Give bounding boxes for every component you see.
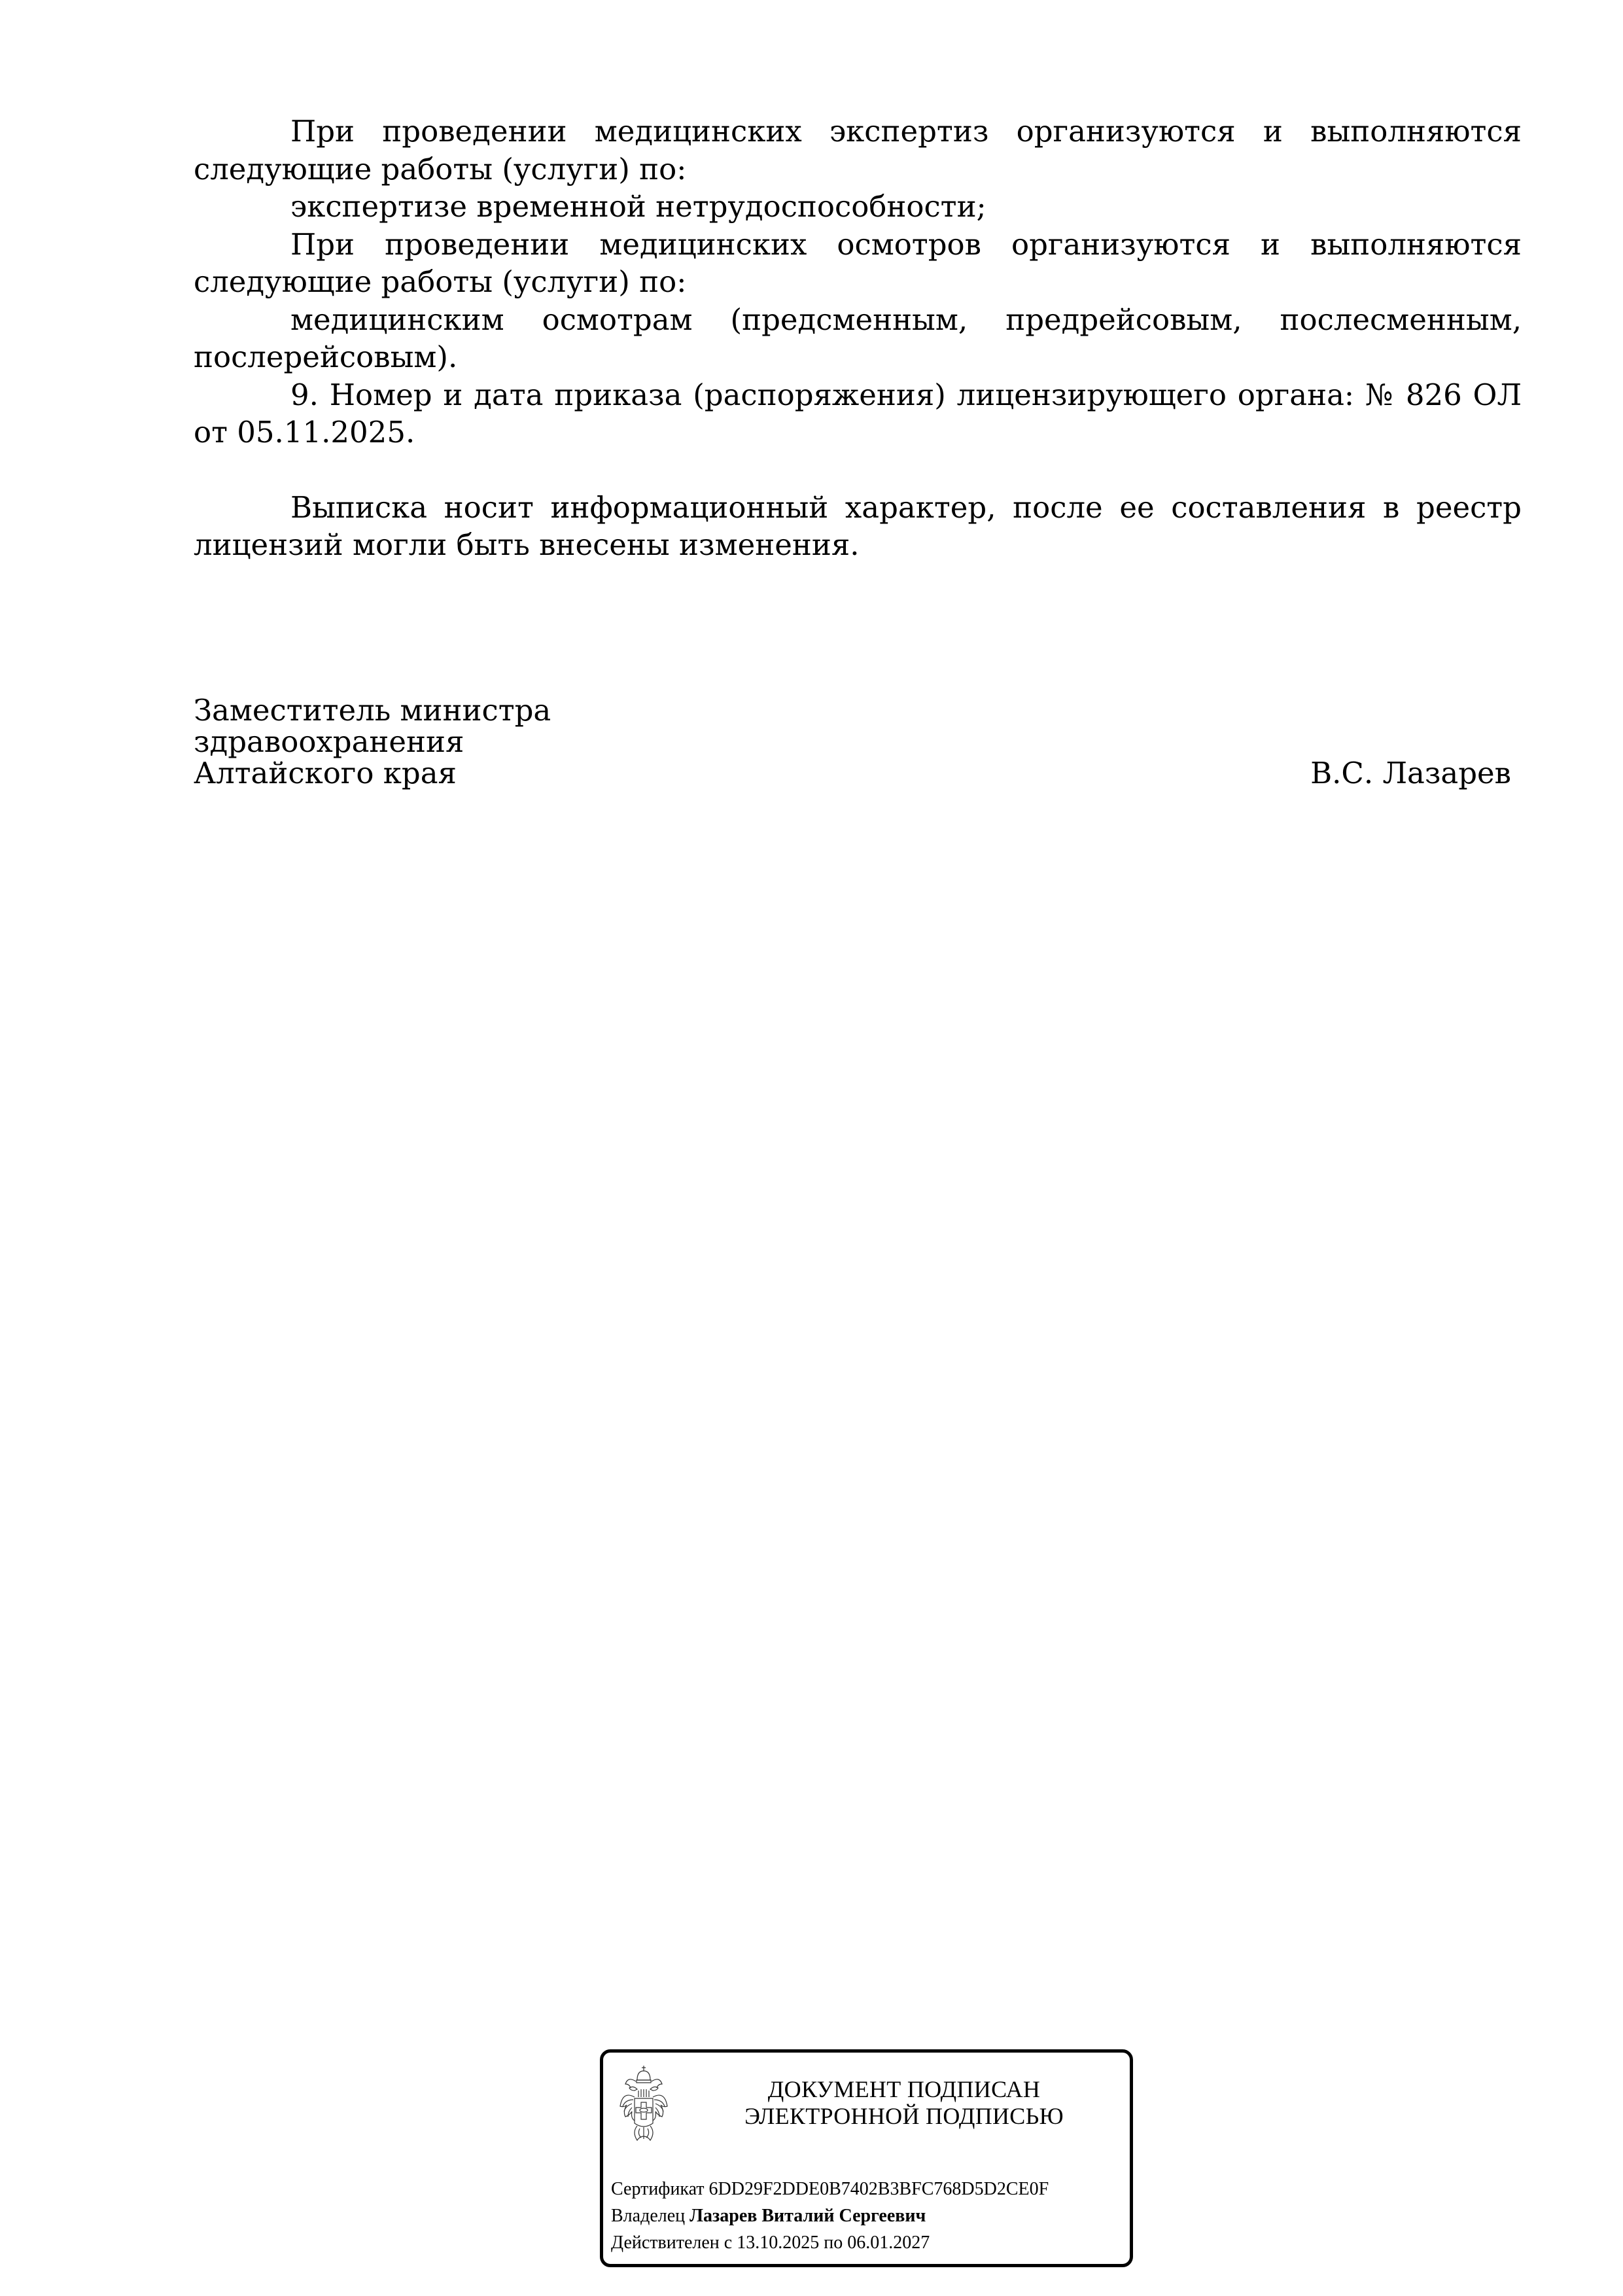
signatory-position-line: здравоохранения bbox=[194, 726, 1522, 758]
double-headed-eagle-emblem-icon bbox=[618, 2060, 670, 2153]
paragraph-exams-item: медицинским осмотрам (предсменным, предр… bbox=[194, 301, 1522, 376]
certificate-row: Сертификат 6DD29F2DDE0B7402B3BFC768D5D2C… bbox=[611, 2176, 1049, 2202]
spacer bbox=[194, 451, 1522, 489]
signatory-position-line: Заместитель министра bbox=[194, 695, 1522, 726]
validity-value: с 13.10.2025 по 06.01.2027 bbox=[724, 2233, 930, 2253]
document-body: При проведении медицинских экспертиз орг… bbox=[194, 113, 1522, 564]
paragraph-expertise-item: экспертизе временной нетрудоспособности; bbox=[194, 188, 1522, 226]
owner-value: Лазарев Виталий Сергеевич bbox=[689, 2206, 926, 2226]
stamp-title-line: ДОКУМЕНТ ПОДПИСАН bbox=[682, 2076, 1126, 2103]
owner-label: Владелец bbox=[611, 2206, 685, 2226]
validity-row: Действителен с 13.10.2025 по 06.01.2027 bbox=[611, 2229, 1049, 2256]
certificate-value: 6DD29F2DDE0B7402B3BFC768D5D2CE0F bbox=[709, 2179, 1049, 2199]
stamp-title: ДОКУМЕНТ ПОДПИСАН ЭЛЕКТРОННОЙ ПОДПИСЬЮ bbox=[682, 2076, 1126, 2130]
stamp-title-line: ЭЛЕКТРОННОЙ ПОДПИСЬЮ bbox=[682, 2103, 1126, 2130]
e-signature-stamp: ДОКУМЕНТ ПОДПИСАН ЭЛЕКТРОННОЙ ПОДПИСЬЮ С… bbox=[600, 2049, 1133, 2267]
document-page: При проведении медицинских экспертиз орг… bbox=[0, 0, 1623, 2296]
paragraph-expertise-intro: При проведении медицинских экспертиз орг… bbox=[194, 113, 1522, 188]
validity-label: Действителен bbox=[611, 2233, 720, 2253]
paragraph-disclaimer: Выписка носит информационный характер, п… bbox=[194, 489, 1522, 564]
signature-block: Заместитель министра здравоохранения Алт… bbox=[194, 695, 1522, 789]
stamp-details: Сертификат 6DD29F2DDE0B7402B3BFC768D5D2C… bbox=[611, 2176, 1049, 2256]
owner-row: Владелец Лазарев Виталий Сергеевич bbox=[611, 2202, 1049, 2229]
signatory-name: В.С. Лазарев bbox=[1310, 758, 1511, 789]
certificate-label: Сертификат bbox=[611, 2179, 705, 2199]
paragraph-exams-intro: При проведении медицинских осмотров орга… bbox=[194, 226, 1522, 301]
paragraph-order-number: 9. Номер и дата приказа (распоряжения) л… bbox=[194, 376, 1522, 451]
